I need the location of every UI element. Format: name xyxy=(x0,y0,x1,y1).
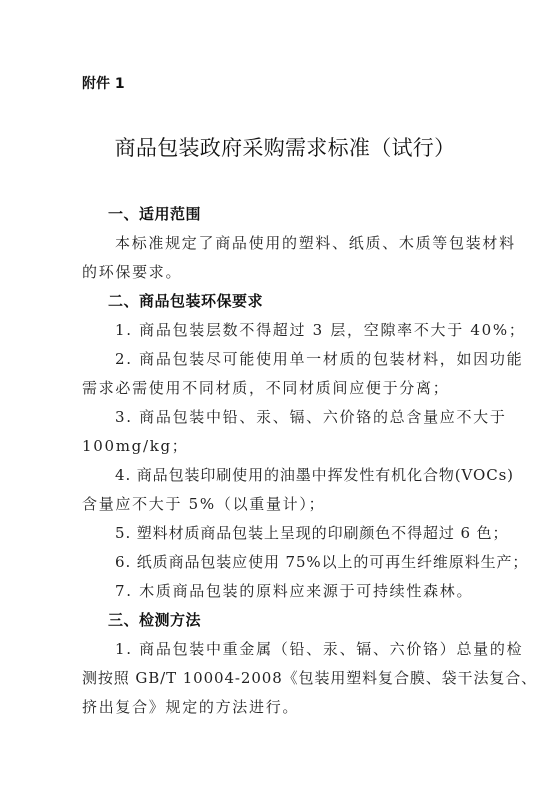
paragraph-line: 本标准规定了商品使用的塑料、纸质、木质等包装材料 xyxy=(82,229,474,258)
list-item-continuation: 挤出复合》规定的方法进行。 xyxy=(82,693,474,722)
paragraph-line: 的环保要求。 xyxy=(82,258,474,287)
list-item: 2. 商品包装尽可能使用单一材质的包装材料，如因功能 xyxy=(82,345,474,374)
list-item: 5. 塑料材质商品包装上呈现的印刷颜色不得超过 6 色； xyxy=(82,519,474,548)
attachment-label: 附件 1 xyxy=(82,75,125,93)
document-page: 附件 1 商品包装政府采购需求标准（试行） 一、适用范围 本标准规定了商品使用的… xyxy=(0,0,554,786)
list-item: 1. 商品包装中重金属（铅、汞、镉、六价铬）总量的检 xyxy=(82,635,474,664)
list-item: 6. 纸质商品包装应使用 75%以上的可再生纤维原料生产； xyxy=(82,548,474,577)
section-heading-scope: 一、适用范围 xyxy=(82,200,474,229)
list-item: 1. 商品包装层数不得超过 3 层，空隙率不大于 40%； xyxy=(82,316,474,345)
list-item-continuation: 100mg/kg； xyxy=(82,432,474,461)
list-item: 7. 木质商品包装的原料应来源于可持续性森林。 xyxy=(82,577,474,606)
document-body: 一、适用范围 本标准规定了商品使用的塑料、纸质、木质等包装材料 的环保要求。 二… xyxy=(82,200,474,722)
list-item-continuation: 需求必需使用不同材质，不同材质间应便于分离； xyxy=(82,374,474,403)
list-item: 4. 商品包装印刷使用的油墨中挥发性有机化合物(VOCs) xyxy=(82,461,474,490)
list-item: 3. 商品包装中铅、汞、镉、六价铬的总含量应不大于 xyxy=(82,403,474,432)
list-item-continuation: 测按照 GB/T 10004-2008《包装用塑料复合膜、袋干法复合、 xyxy=(82,664,474,693)
section-heading-test-methods: 三、检测方法 xyxy=(82,606,474,635)
document-title: 商品包装政府采购需求标准（试行） xyxy=(0,134,554,162)
list-item-continuation: 含量应不大于 5%（以重量计）； xyxy=(82,490,474,519)
section-heading-requirements: 二、商品包装环保要求 xyxy=(82,287,474,316)
